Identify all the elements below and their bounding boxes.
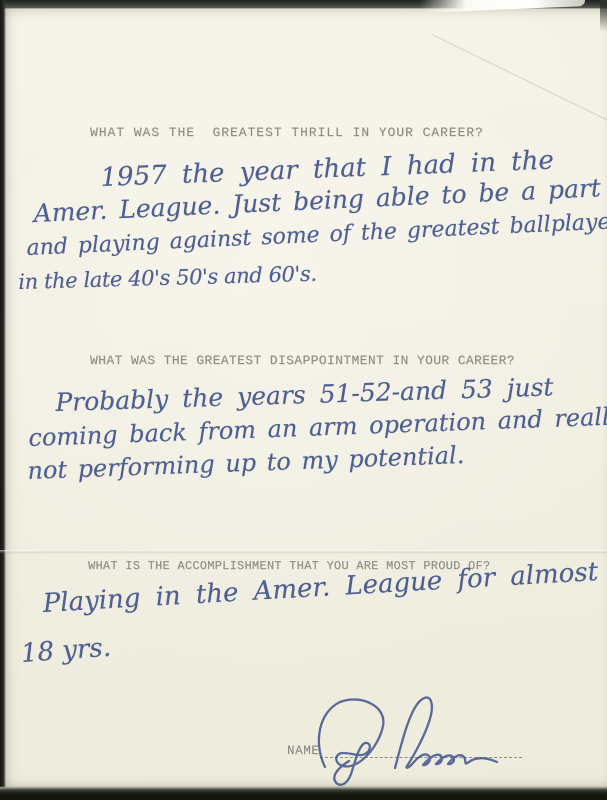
signature-ink-strokes [295, 692, 510, 790]
answer-accomplishment-line-2: 18 yrs. [20, 633, 112, 669]
question-disappointment: WHAT WAS THE GREATEST DISAPPOINTMENT IN … [90, 353, 515, 368]
scanner-edge-right [600, 0, 607, 32]
scanner-edge-left [0, 0, 6, 800]
question-thrill: WHAT WAS THE GREATEST THRILL IN YOUR CAR… [90, 125, 484, 140]
paper-fold-crease [0, 550, 607, 554]
scanned-questionnaire-page: WHAT WAS THE GREATEST THRILL IN YOUR CAR… [0, 0, 607, 800]
signature-handwritten [295, 692, 510, 790]
signature-stroke-first-name [319, 699, 384, 784]
signature-stroke-last-name [395, 697, 497, 768]
